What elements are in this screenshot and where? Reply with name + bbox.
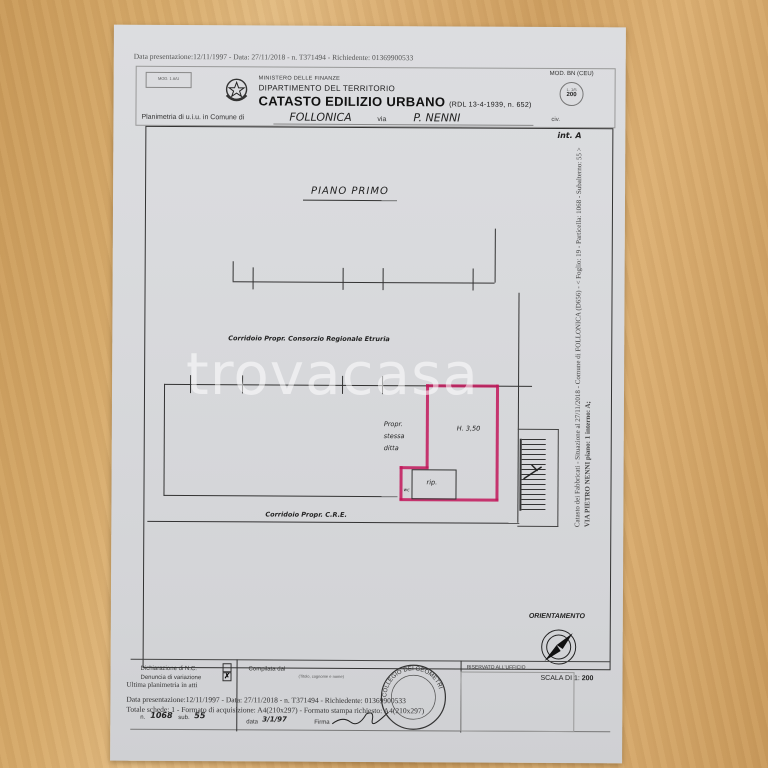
svg-text:COLLEGIO DEI GEOMETRI: COLLEGIO DEI GEOMETRI	[382, 666, 443, 698]
scale-value: 200	[582, 675, 594, 682]
ministry-label: MINISTERO DELLE FINANZE	[259, 75, 340, 81]
wall-tick	[473, 269, 474, 291]
official-stamp: COLLEGIO DEI GEOMETRI	[378, 662, 448, 732]
wall-tick	[383, 268, 384, 290]
ceiling-height-label: H. 3,50	[457, 424, 481, 432]
interior-label: int. A	[557, 131, 581, 140]
unit-highlight-right	[495, 385, 499, 501]
model-stamp-box: MOD. 1 A/U	[146, 72, 192, 88]
floor-title: PIANO PRIMO	[311, 186, 389, 197]
title-text: CATASTO EDILIZIO URBANO	[258, 93, 445, 109]
signature-label: Firma	[314, 720, 329, 726]
owner-note-line: Propr.	[384, 418, 405, 430]
foglio-value: 1068	[150, 711, 172, 720]
model-code: MOD. BN (CEU)	[550, 71, 594, 77]
owner-note-line: ditta	[384, 442, 405, 454]
fee-badge-value: 200	[561, 92, 583, 98]
corridor-bottom-label: Corridoio Propr. C.R.E.	[265, 510, 347, 518]
office-reserved-label: RISERVATO ALL'UFFICIO	[467, 665, 526, 671]
sub-value: 55	[194, 711, 205, 720]
owner-note-line: stessa	[384, 430, 405, 442]
wc-label: wc	[403, 488, 409, 493]
compiled-by-label: Compilata dal	[249, 666, 286, 672]
declaration-nc: Dichiarazione di N.C.	[141, 666, 197, 672]
wall-tick	[233, 261, 234, 281]
compiled-by-sub: (Titolo, cognome e nome)	[299, 674, 344, 679]
side-address-line: VIA PIETRO NENNI piano: 1 interno: A;	[583, 401, 592, 527]
orientation-label: ORIENTAMENTO	[529, 613, 585, 620]
sub-label: sub.	[178, 715, 189, 721]
foglio-label: n.	[140, 715, 145, 721]
submission-line: Data presentazione:12/11/1997 - Data: 27…	[134, 52, 414, 62]
planimetry-label: Planimetria di u.i.u. in Comune di	[141, 114, 244, 122]
variation-report-checkbox[interactable]: ✗	[222, 672, 231, 681]
department-label: DIPARTIMENTO DEL TERRITORIO	[259, 83, 395, 93]
overprint-line-1: Data presentazione:12/11/1997 - Data: 27…	[126, 695, 406, 705]
stair-arrow-icon	[522, 461, 546, 481]
date-label: data	[246, 719, 258, 725]
via-label: via	[377, 116, 386, 123]
document-title: CATASTO EDILIZIO URBANO (RDL 13-4-1939, …	[258, 93, 531, 109]
declaration-nc-checkbox[interactable]	[223, 663, 232, 672]
stamp-text: COLLEGIO DEI GEOMETRI	[382, 666, 443, 698]
via-value: P. NENNI	[413, 111, 460, 124]
model-stamp-text: MOD. 1 A/U	[147, 76, 191, 81]
title-reference: (RDL 13-4-1939, n. 652)	[449, 101, 532, 108]
trovacasa-watermark: trovacasa	[186, 340, 479, 408]
wall-tick	[253, 267, 254, 289]
storage-label: rip.	[427, 478, 438, 486]
last-plan-label: Ultima planimetria in atti	[126, 681, 197, 689]
date-value: 3/1/97	[262, 715, 287, 723]
fee-badge: L. 1/5 200	[560, 82, 584, 106]
civ-label: civ.	[551, 117, 560, 123]
comune-value: FOLLONICA	[289, 111, 351, 124]
wall-tick	[343, 268, 344, 290]
italian-emblem-icon	[222, 75, 252, 105]
office-reserved-box	[460, 671, 574, 732]
unit-highlight-left-lower	[399, 466, 402, 500]
owner-note: Propr. stessa ditta	[384, 418, 405, 454]
